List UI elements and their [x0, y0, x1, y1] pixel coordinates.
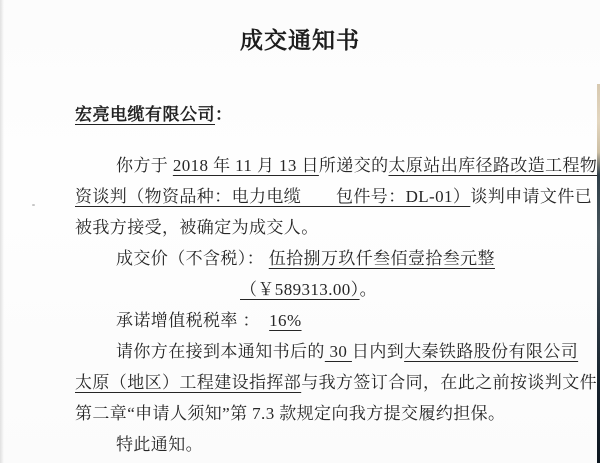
recipient-name: 宏亮电缆有限公司: [75, 105, 215, 124]
document-line: 你方于 2018 年 11 月 13 日所递交的太原站出库径路改造工程物: [75, 150, 590, 181]
scanned-document-page: 成交通知书 宏亮电缆有限公司： 你方于 2018 年 11 月 13 日所递交的…: [0, 0, 600, 463]
underlined-text: 伍拾捌万玖仟叁佰壹拾叁元整: [269, 249, 495, 268]
document-line: 特此通知。: [75, 429, 590, 460]
text-segment: 谈判申请文件已: [470, 187, 592, 206]
document-line: 成交价（不含税）： 伍拾捌万玖仟叁佰壹拾叁元整: [75, 243, 590, 274]
underlined-text: （￥589313.00）: [240, 280, 360, 299]
text-segment: 与我方签订合同，在此之前按谈判文件: [301, 373, 597, 392]
document-line: 承诺增值税税率 ： 16%: [75, 305, 590, 336]
text-segment: 请你方在接到本通知书后的: [116, 342, 325, 361]
scan-speck: [32, 204, 35, 206]
underlined-text: 太原站出库径路改造工程物: [389, 156, 598, 175]
text-segment: 第二章“申请人须知”第 7.3 款规定向我方提交履约担保。: [75, 404, 505, 423]
document-line: （￥589313.00）。: [75, 274, 590, 305]
document-body: 你方于 2018 年 11 月 13 日所递交的太原站出库径路改造工程物资谈判（…: [75, 150, 590, 460]
scan-edge-left: [0, 0, 4, 463]
underlined-text: 16%: [269, 311, 301, 330]
text-segment: 成交价（不含税）：: [116, 249, 269, 268]
text-segment: 承诺增值税税率 ：: [116, 311, 269, 330]
text-segment: 日内到: [352, 342, 404, 361]
document-line: 被我方接受，被确定为成交人。: [75, 212, 590, 243]
underlined-text: 资谈判（物资品种：电力电缆 包件号：DL-01）: [75, 187, 470, 206]
text-segment: 你方于: [116, 156, 173, 175]
document-line: 请你方在接到本通知书后的 30 日内到大秦铁路股份有限公司: [75, 336, 590, 367]
document-line: 太原（地区）工程建设指挥部与我方签订合同，在此之前按谈判文件: [75, 367, 590, 398]
text-segment: 。: [360, 280, 377, 299]
document-line: 第二章“申请人须知”第 7.3 款规定向我方提交履约担保。: [75, 398, 590, 429]
underlined-text: 2018 年 11 月 13 日: [173, 156, 319, 175]
text-segment: 所递交的: [319, 156, 389, 175]
document-line: 资谈判（物资品种：电力电缆 包件号：DL-01）谈判申请文件已: [75, 181, 590, 212]
text-segment: 特此通知。: [116, 435, 203, 454]
text-segment: 被我方接受，被确定为成交人。: [75, 218, 319, 237]
underlined-text: 30: [325, 342, 352, 361]
recipient-colon: ：: [215, 105, 233, 124]
recipient-line: 宏亮电缆有限公司：: [75, 100, 233, 125]
underlined-text: 大秦铁路股份有限公司: [404, 342, 578, 361]
underlined-text: 太原（地区）工程建设指挥部: [75, 373, 301, 392]
document-title: 成交通知书: [0, 22, 600, 55]
